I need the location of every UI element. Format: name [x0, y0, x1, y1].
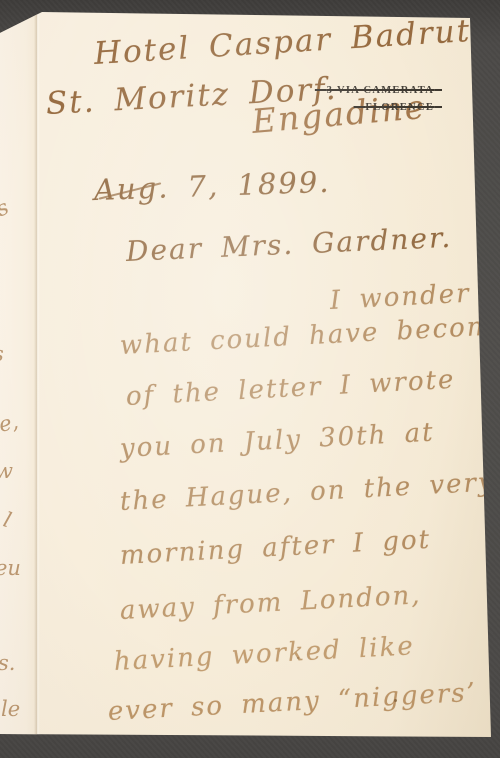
body-line-8: having worked like [113, 631, 415, 677]
left-page-text-fragment: w [0, 459, 13, 483]
left-page-edge: s s e, w l eu s. le [0, 0, 37, 758]
left-page-text-fragment: s [0, 342, 4, 366]
body-line-3: of the letter I wrote [125, 365, 456, 412]
body-line-7: away from London, [119, 580, 422, 626]
left-page-text-fragment: le [1, 697, 20, 721]
ink-speck [394, 699, 397, 702]
body-line-5: the Hague, on the very [119, 467, 495, 517]
left-page-text-fragment: s. [0, 651, 15, 675]
body-line-9: ever so many “niggers’ [107, 678, 477, 727]
body-line-4: you on July 30th at [119, 418, 435, 464]
left-page-text-fragment: s [0, 195, 12, 221]
body-line-2: what could have become [119, 311, 500, 361]
printed-address-line-2: FLORENCE [354, 102, 442, 113]
left-page-text-fragment: e, [0, 409, 20, 436]
ink-speck [297, 657, 299, 659]
letterhead-hotel-line: Hotel Caspar Badrutt, [93, 11, 498, 72]
fold-crease [34, 0, 40, 758]
printed-address-line-1: 3 VIA CAMERATA [315, 85, 442, 96]
letter-paper: s s e, w l eu s. le Hotel Caspar Badrutt… [0, 0, 500, 758]
left-page-text-fragment: l [0, 508, 14, 533]
salutation-line: Dear Mrs. Gardner. [125, 221, 453, 268]
photo-background: s s e, w l eu s. le Hotel Caspar Badrutt… [0, 0, 500, 758]
printed-letterhead-address: 3 VIA CAMERATA FLORENCE [315, 82, 442, 116]
left-page-text-fragment: eu [0, 556, 21, 580]
date-line: Aug. 7, 1899. [93, 165, 331, 207]
body-line-1: I wonder [329, 279, 471, 316]
body-line-6: morning after I got [119, 525, 432, 571]
